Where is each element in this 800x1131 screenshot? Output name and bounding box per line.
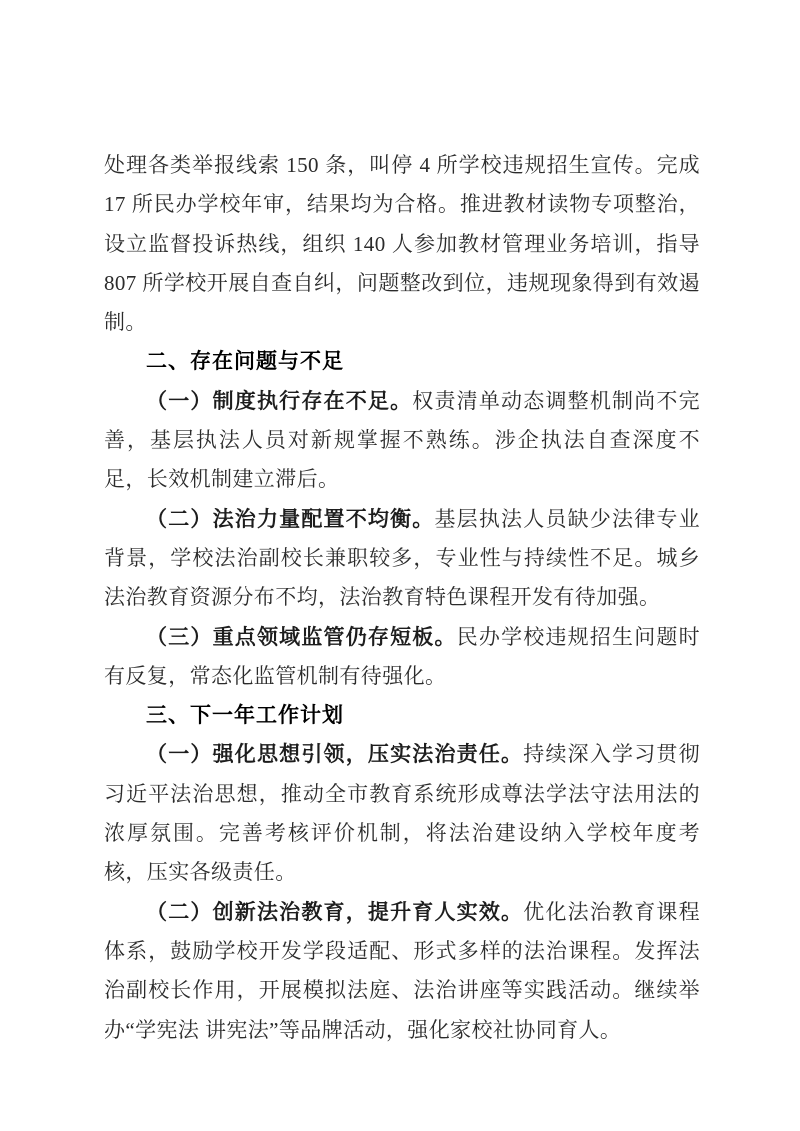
paragraph-lead: （二）创新法治教育，提升育人实效。 xyxy=(146,900,523,924)
paragraph-lead: （一）制度执行存在不足。 xyxy=(146,389,412,413)
document-body: 处理各类举报线索 150 条，叫停 4 所学校违规招生宣传。完成 17 所民办学… xyxy=(104,146,700,1050)
paragraph: （一）强化思想引领，压实法治责任。持续深入学习贯彻习近平法治思想，推动全市教育系… xyxy=(104,735,700,892)
section-heading-text: 二、存在问题与不足 xyxy=(146,350,344,373)
paragraph-lead: （三）重点领域监管仍存短板。 xyxy=(146,625,457,649)
paragraph: （二）创新法治教育，提升育人实效。优化法治教育课程体系，鼓励学校开发学段适配、形… xyxy=(104,893,700,1050)
paragraph: （一）制度执行存在不足。权责清单动态调整机制尚不完善，基层执法人员对新规掌握不熟… xyxy=(104,382,700,500)
document-page: 处理各类举报线索 150 条，叫停 4 所学校违规招生宣传。完成 17 所民办学… xyxy=(0,0,800,1131)
paragraph-lead: （一）强化思想引领，压实法治责任。 xyxy=(146,742,523,766)
paragraph-lead: （二）法治力量配置不均衡。 xyxy=(146,507,434,531)
paragraph: （二）法治力量配置不均衡。基层执法人员缺少法律专业背景，学校法治副校长兼职较多，… xyxy=(104,500,700,618)
paragraph-text: 处理各类举报线索 150 条，叫停 4 所学校违规招生宣传。完成 17 所民办学… xyxy=(104,153,700,334)
section-heading: 三、下一年工作计划 xyxy=(104,696,700,735)
paragraph: （三）重点领域监管仍存短板。民办学校违规招生问题时有反复，常态化监管机制有待强化… xyxy=(104,618,700,697)
paragraph: 处理各类举报线索 150 条，叫停 4 所学校违规招生宣传。完成 17 所民办学… xyxy=(104,146,700,342)
section-heading: 二、存在问题与不足 xyxy=(104,342,700,381)
section-heading-text: 三、下一年工作计划 xyxy=(146,704,344,727)
